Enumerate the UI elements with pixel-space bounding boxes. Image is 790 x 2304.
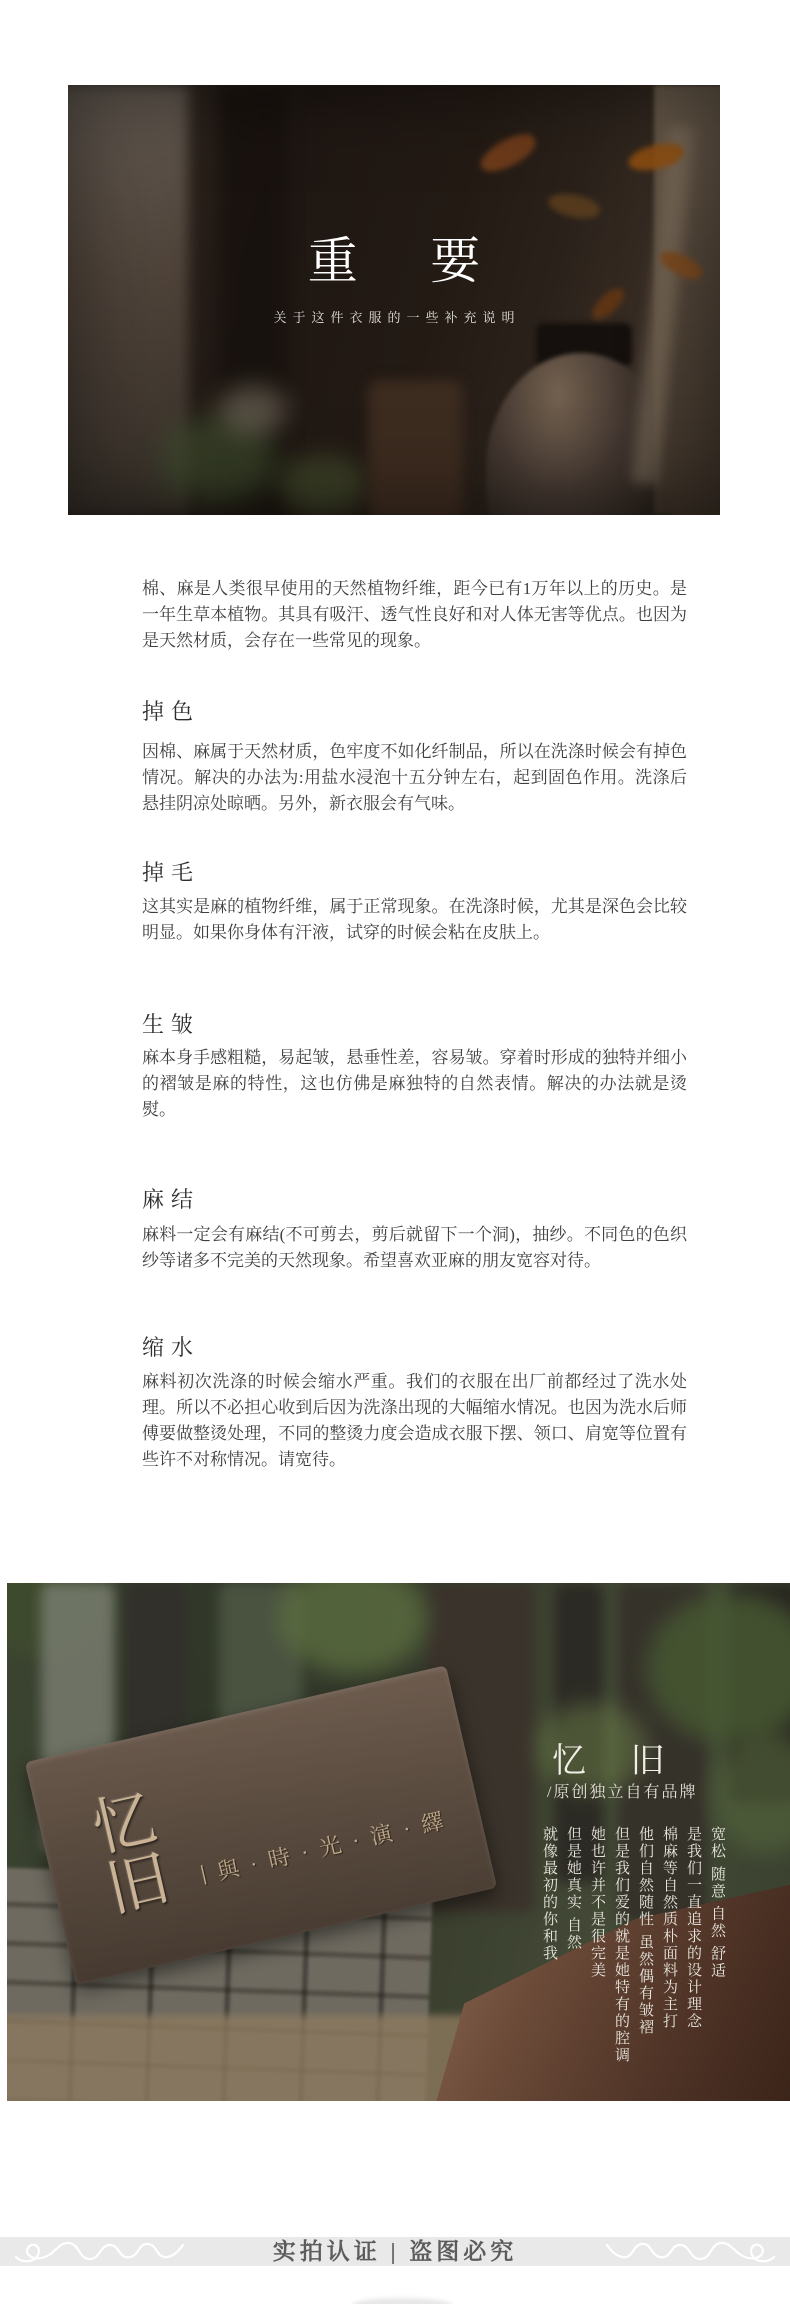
manifesto-line: 她也许并不是很完美: [586, 1826, 607, 2076]
section-body-slubs: 麻料一定会有麻结(不可剪去，剪后就留下一个洞)，抽纱。不同色的色织纱等诸多不完美…: [142, 1222, 687, 1274]
section-heading-slubs: 麻结: [142, 1185, 200, 1215]
section-heading-wrinkling: 生皱: [142, 1010, 200, 1040]
footer-band: 实拍认证 | 盗图必究: [0, 2237, 790, 2266]
manifesto-line: 棉麻等自然质朴面料为主打: [658, 1826, 679, 2076]
flourish-ornament-icon: [603, 2233, 778, 2269]
section-body-wrinkling: 麻本身手感粗糙，易起皱，悬垂性差，容易皱。穿着时形成的独特并细小的褶皱是麻的特性…: [142, 1045, 687, 1123]
manifesto-line: 宽松 随意 自然 舒适: [706, 1826, 727, 2076]
brand-photo: 忆旧 丨與 · 時 · 光 · 演 · 繹 忆 旧 /原创独立自有品牌 宽松 随…: [7, 1583, 790, 2101]
section-heading-fading: 掉色: [142, 697, 200, 727]
section-body-shedding: 这其实是麻的植物纤维，属于正常现象。在洗涤时候，尤其是深色会比较明显。如果你身体…: [142, 894, 687, 946]
manifesto-line: 是我们一直追求的设计理念: [682, 1826, 703, 2076]
brand-manifesto-columns: 宽松 随意 自然 舒适 是我们一直追求的设计理念 棉麻等自然质朴面料为主打 他们…: [535, 1826, 730, 2076]
gravel-ground: [7, 2015, 497, 2101]
section-body-fading: 因棉、麻属于天然材质，色牢度不如化纤制品，所以在洗涤时候会有掉色情况。解决的办法…: [142, 739, 687, 817]
photo-vignette: [68, 85, 720, 515]
footer-authenticity-text: 实拍认证 | 盗图必究: [273, 2237, 518, 2266]
manifesto-line: 但是我们爱的就是她特有的腔调: [610, 1826, 631, 2076]
cutoff-ornament: [352, 2298, 452, 2304]
intro-paragraph: 棉、麻是人类很早使用的天然植物纤维，距今已有1万年以上的历史。是一年生草本植物。…: [142, 576, 687, 654]
brand-name: 忆 旧: [552, 1733, 683, 1782]
sign-calligraphy: 忆旧: [87, 1786, 183, 1923]
section-heading-shrinkage: 缩水: [142, 1333, 200, 1363]
product-description-page: 重 要 关于这件衣服的一些补充说明 棉、麻是人类很早使用的天然植物纤维，距今已有…: [0, 0, 790, 2304]
sign-engraving: 丨與 · 時 · 光 · 演 · 繹: [189, 1803, 449, 1892]
hero-photo: 重 要 关于这件衣服的一些补充说明: [68, 85, 720, 515]
manifesto-line: 但是她真实 自然: [562, 1826, 583, 2076]
hero-title: 重 要: [68, 221, 720, 293]
hero-subtitle: 关于这件衣服的一些补充说明: [68, 307, 720, 326]
brand-tagline: /原创独立自有品牌: [547, 1779, 697, 1802]
manifesto-line: 就像最初的你和我: [538, 1826, 559, 2076]
section-heading-shedding: 掉毛: [142, 858, 200, 888]
flourish-ornament-icon: [12, 2233, 187, 2269]
manifesto-line: 他们自然随性 虽然偶有皱褶: [634, 1826, 655, 2076]
section-body-shrinkage: 麻料初次洗涤的时候会缩水严重。我们的衣服在出厂前都经过了洗水处理。所以不必担心收…: [142, 1369, 687, 1473]
